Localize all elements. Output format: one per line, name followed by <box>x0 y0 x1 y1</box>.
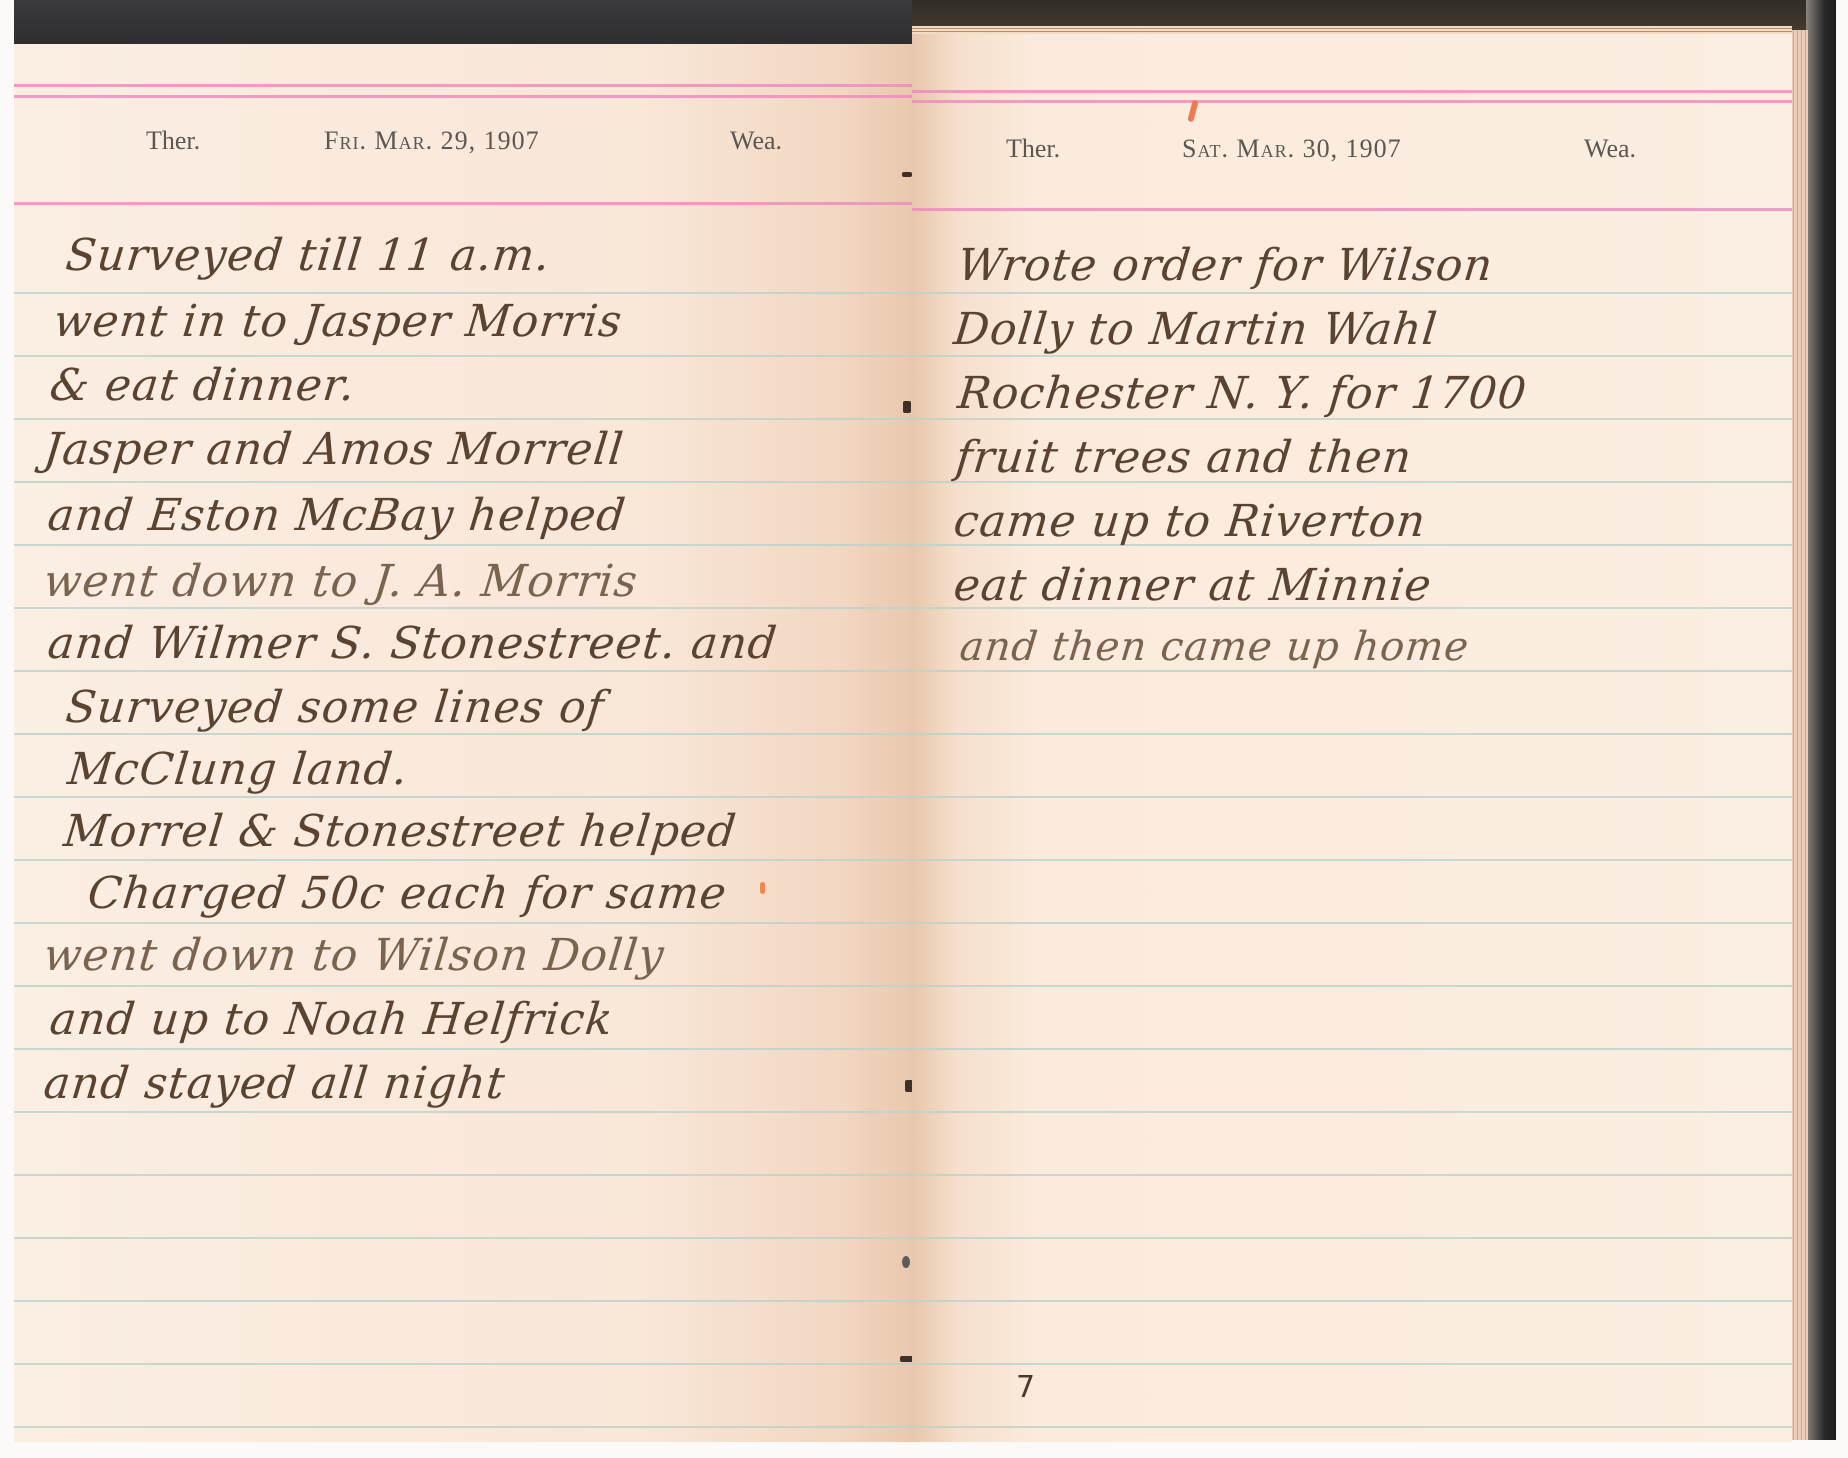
blue-rule <box>912 985 1792 987</box>
entry-line: Jasper and Amos Morrell <box>41 424 626 475</box>
date-label: Fri. Mar. 29, 1907 <box>324 126 540 156</box>
date-label: Sat. Mar. 30, 1907 <box>1182 134 1402 164</box>
pink-rule <box>912 90 1792 93</box>
pink-rule <box>14 95 912 98</box>
entry-line: Morrel & Stonestreet helped <box>61 806 739 857</box>
blue-rule <box>14 607 912 609</box>
blue-rule <box>14 796 912 798</box>
diary-page-left: Ther. Fri. Mar. 29, 1907 Wea. Surveyed t… <box>14 44 912 1442</box>
blue-rule <box>14 1363 912 1365</box>
thermometer-label: Ther. <box>1006 134 1060 164</box>
blue-rule <box>912 1300 1792 1302</box>
weather-label: Wea. <box>730 126 782 156</box>
blue-rule <box>912 922 1792 924</box>
blue-rule <box>14 1111 912 1113</box>
pink-rule <box>14 202 912 205</box>
diary-page-right: Ther. Sat. Mar. 30, 1907 Wea. Wrote orde… <box>912 34 1792 1442</box>
blue-rule <box>14 670 912 672</box>
blue-rule <box>912 1363 1792 1365</box>
blue-rule <box>14 922 912 924</box>
blue-rule <box>912 1426 1792 1428</box>
entry-line: Surveyed some lines of <box>63 682 607 733</box>
blue-rule <box>14 544 912 546</box>
entry-line: fruit trees and then <box>953 432 1414 483</box>
page-header: Ther. Sat. Mar. 30, 1907 Wea. <box>912 134 1792 174</box>
weather-label: Wea. <box>1584 134 1636 164</box>
entry-line: eat dinner at Minnie <box>951 560 1434 611</box>
blue-rule <box>912 670 1792 672</box>
entry-line: Wrote order for Wilson <box>955 240 1495 291</box>
entry-line: & eat dinner. <box>47 360 358 411</box>
blue-rule <box>912 1237 1792 1239</box>
stray-pencil-mark: 7 <box>1016 1370 1035 1405</box>
pink-rule <box>912 208 1792 211</box>
binding-stitch <box>902 1256 910 1268</box>
entry-line: and then came up home <box>958 624 1472 670</box>
entry-line: and up to Noah Helfrick <box>47 994 615 1045</box>
entry-line: and Eston McBay helped <box>45 490 628 541</box>
blue-rule <box>912 859 1792 861</box>
thermometer-label: Ther. <box>146 126 200 156</box>
blue-rule <box>912 292 1792 294</box>
blue-rule <box>14 1174 912 1176</box>
blue-rule <box>14 859 912 861</box>
blue-rule <box>912 355 1792 357</box>
page-stack-edge <box>1790 30 1808 1440</box>
page-header: Ther. Fri. Mar. 29, 1907 Wea. <box>14 126 912 166</box>
blue-rule <box>14 418 912 420</box>
entry-line: Dolly to Martin Wahl <box>951 304 1440 355</box>
blue-rule <box>912 1048 1792 1050</box>
entry-line: McClung land. <box>65 744 410 795</box>
ink-stain <box>760 882 765 894</box>
blue-rule <box>14 292 912 294</box>
blue-rule <box>14 355 912 357</box>
blue-rule <box>14 1237 912 1239</box>
blue-rule <box>912 796 1792 798</box>
entry-line: Charged 50c each for same <box>85 868 729 919</box>
blue-rule <box>14 1426 912 1428</box>
red-pencil-mark <box>1187 100 1198 123</box>
pink-rule <box>14 84 912 87</box>
entry-line: went in to Jasper Morris <box>51 296 625 347</box>
entry-line: Rochester N. Y. for 1700 <box>955 368 1529 419</box>
book-cover-right-edge <box>1806 0 1836 1440</box>
entry-line: and Wilmer S. Stonestreet. and <box>45 618 779 669</box>
blue-rule <box>14 481 912 483</box>
blue-rule <box>912 1174 1792 1176</box>
blue-rule <box>912 733 1792 735</box>
binding-stitch <box>902 172 912 177</box>
pink-rule <box>912 100 1792 103</box>
entry-line: came up to Riverton <box>951 496 1428 547</box>
entry-line: went down to Wilson Dolly <box>41 930 667 981</box>
blue-rule <box>14 1300 912 1302</box>
blue-rule <box>14 733 912 735</box>
blue-rule <box>14 1048 912 1050</box>
binding-stitch <box>903 401 911 413</box>
blue-rule <box>912 1111 1792 1113</box>
entry-line: Surveyed till 11 a.m. <box>63 230 553 281</box>
blue-rule <box>14 985 912 987</box>
entry-line: went down to J. A. Morris <box>41 556 640 607</box>
entry-line: and stayed all night <box>41 1058 508 1109</box>
